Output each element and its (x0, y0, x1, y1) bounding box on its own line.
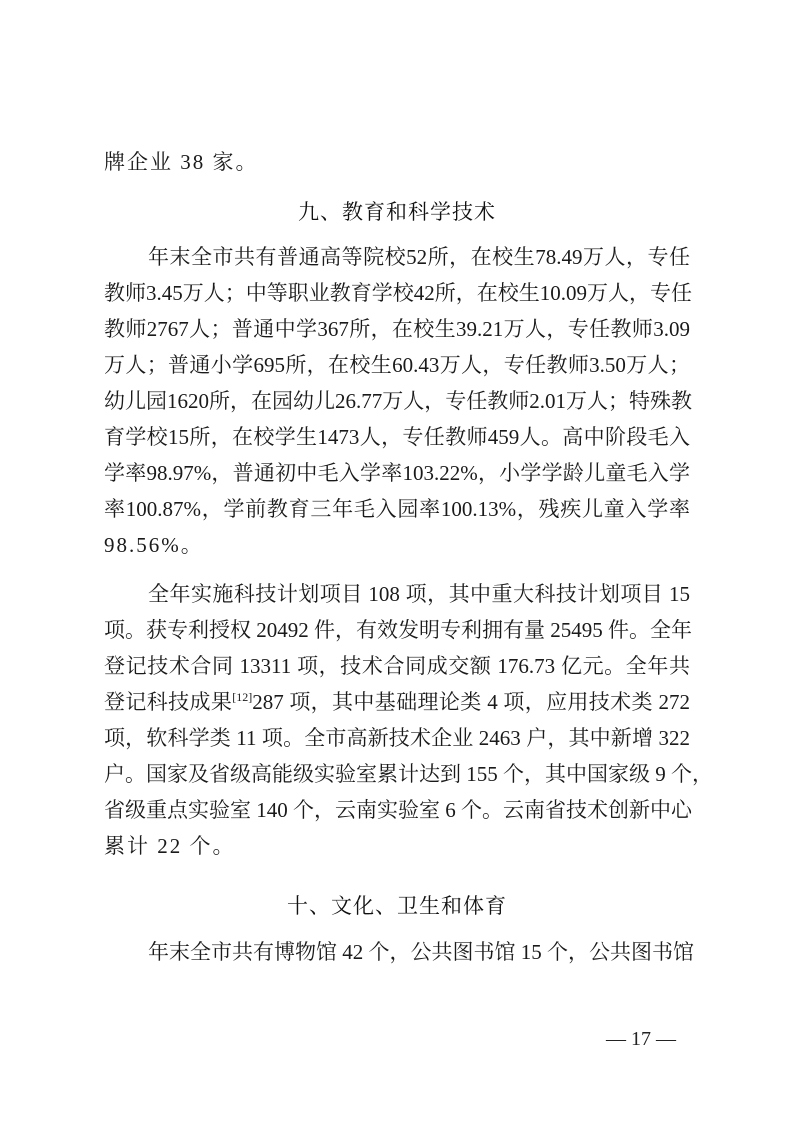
paragraph-line: 全年实施科技计划项目 108 项，其中重大科技计划项目 15 (148, 579, 690, 609)
paragraph-line: 户。国家及省级高能级实验室累计达到 155 个，其中国家级 9 个， (104, 759, 690, 789)
document-page: 牌企业 38 家。 九、教育和科学技术 年末全市共有普通高等院校52所，在校生7… (0, 0, 794, 1123)
paragraph-line-with-footnote: 登记科技成果[12]287 项，其中基础理论类 4 项，应用技术类 272 (104, 687, 690, 717)
page-number: — 17 — (606, 1027, 706, 1051)
text-segment: 287 项，其中基础理论类 4 项，应用技术类 272 (252, 690, 690, 714)
paragraph-line: 98.56%。 (104, 530, 690, 560)
paragraph-line: 率100.87%，学前教育三年毛入园率100.13%，残疾儿童入学率 (104, 494, 690, 524)
paragraph-line: 年末全市共有普通高等院校52所，在校生78.49万人，专任 (148, 242, 690, 272)
paragraph-line: 万人；普通小学695所，在校生60.43万人，专任教师3.50万人； (104, 350, 690, 380)
footnote-reference[interactable]: [12] (232, 690, 252, 704)
paragraph-line: 累计 22 个。 (104, 831, 690, 861)
paragraph-line: 教师3.45万人；中等职业教育学校42所，在校生10.09万人，专任 (104, 278, 690, 308)
paragraph-line: 年末全市共有博物馆 42 个，公共图书馆 15 个，公共图书馆 (148, 937, 690, 967)
paragraph-line: 教师2767人；普通中学367所，在校生39.21万人，专任教师3.09 (104, 314, 690, 344)
paragraph-line: 项，软科学类 11 项。全市高新技术企业 2463 户，其中新增 322 (104, 723, 690, 753)
paragraph-line: 幼儿园1620所，在园幼儿26.77万人，专任教师2.01万人；特殊教 (104, 386, 690, 416)
paragraph-line: 育学校15所，在校学生1473人，专任教师459人。高中阶段毛入 (104, 422, 690, 452)
section-heading-education-science: 九、教育和科学技术 (104, 197, 690, 227)
paragraph-line: 省级重点实验室 140 个，云南实验室 6 个。云南省技术创新中心 (104, 795, 690, 825)
paragraph-line: 学率98.97%，普通初中毛入学率103.22%，小学学龄儿童毛入学 (104, 458, 690, 488)
paragraph-line: 项。获专利授权 20492 件，有效发明专利拥有量 25495 件。全年 (104, 615, 690, 645)
continuation-line: 牌企业 38 家。 (104, 147, 690, 177)
paragraph-line: 登记技术合同 13311 项，技术合同成交额 176.73 亿元。全年共 (104, 651, 690, 681)
text-segment: 登记科技成果 (104, 690, 232, 714)
section-heading-culture-health-sports: 十、文化、卫生和体育 (104, 891, 690, 921)
